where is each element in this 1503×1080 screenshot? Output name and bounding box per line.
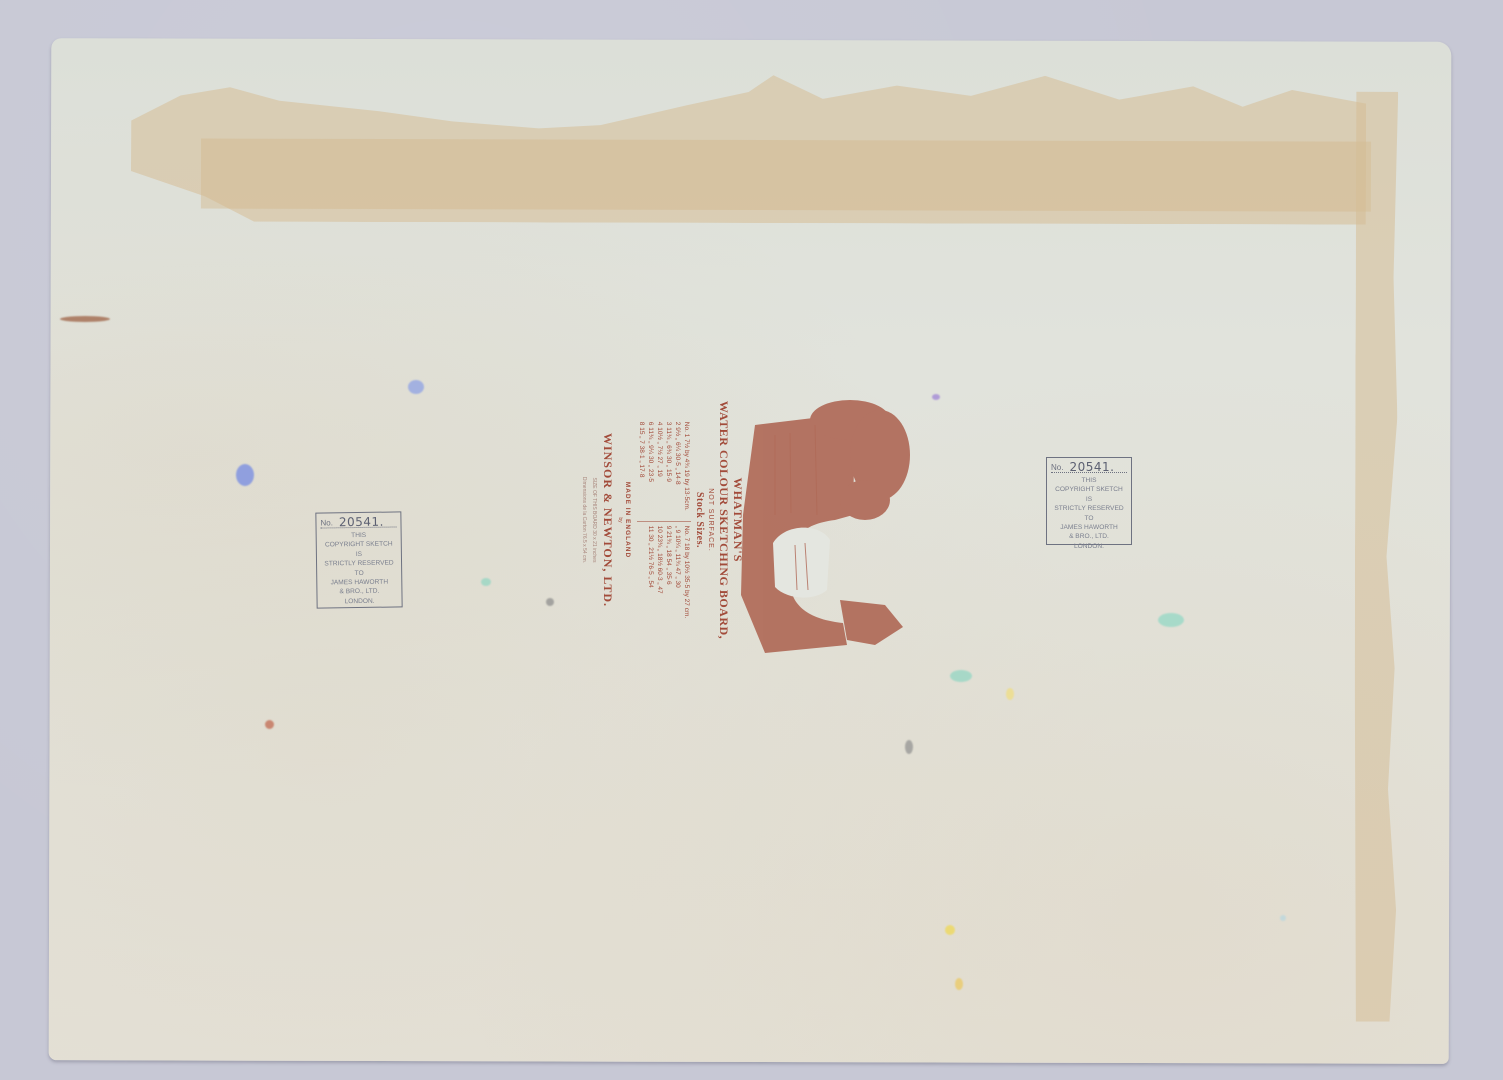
stamp-line: STRICTLY RESERVED [1049, 504, 1129, 513]
stamp-number-row: No. 20541. [1051, 458, 1127, 473]
pigment-speck [1006, 688, 1014, 700]
stamp-no-label: No. [320, 518, 333, 528]
pigment-speck [481, 578, 491, 586]
stamp-line: COPYRIGHT SKETCH [1049, 485, 1129, 494]
size-row: 11 30 „ 21½ 76·5 „ 54 [646, 526, 655, 619]
sizes-column-right: No. 7 18 by 10½ 35·5 by 27 cm. „ 9 10¼ „… [637, 521, 691, 623]
maker-label-text: WHATMAN'S WATER COLOUR SKETCHING BOARD, … [535, 370, 745, 670]
pigment-speck [265, 720, 274, 729]
size-row: 2 9½ „ 6¼ 30·5 „ 14·8 [673, 422, 682, 511]
copyright-stamp-right: No. 20541. THIS COPYRIGHT SKETCH IS STRI… [1046, 457, 1132, 545]
stamp-line: IS [1049, 495, 1129, 504]
stamp-line: COPYRIGHT SKETCH [319, 540, 399, 551]
stamp-line: LONDON. [1049, 542, 1129, 551]
pigment-speck [1280, 915, 1286, 921]
label-by: by [617, 370, 623, 670]
stamp-line: THIS [1049, 476, 1129, 485]
size-row: 4 10½ „ 7½ 27 „ 19 [655, 422, 664, 511]
stamp-line: STRICTLY RESERVED [319, 559, 399, 570]
pigment-speck [950, 670, 972, 682]
pigment-speck [546, 598, 554, 606]
sizes-column-left: No. 1 7½ by 4¾ 19 by 13·5cm. 2 9½ „ 6¼ 3… [637, 418, 691, 515]
stamp-line: TO [1049, 514, 1129, 523]
stamp-number: 20541. [1069, 463, 1114, 472]
size-row: No. 7 18 by 10½ 35·5 by 27 cm. [682, 526, 691, 619]
bridge-tree-engraving-icon [735, 395, 910, 670]
label-made-in: MADE IN ENGLAND [624, 370, 631, 670]
stamp-line: JAMES HAWORTH [319, 577, 399, 588]
size-row: 6 11¾ „ 9¼ 30 „ 23·5 [646, 422, 655, 511]
sizes-table: No. 1 7½ by 4¾ 19 by 13·5cm. 2 9½ „ 6¼ 3… [637, 370, 691, 670]
label-fine-print-1: SIZE OF THIS BOARD 30 x 21 inches [590, 370, 597, 670]
stamp-line: JAMES HAWORTH [1049, 523, 1129, 532]
pigment-speck [955, 978, 963, 990]
masking-tape-top-band [201, 139, 1371, 212]
copyright-stamp-left: No. 20541. THIS COPYRIGHT SKETCH IS STRI… [315, 511, 402, 608]
size-row: „ 9 10¼ „ 11¾ 47 „ 30 [673, 526, 682, 619]
size-row: No. 1 7½ by 4¾ 19 by 13·5cm. [682, 422, 691, 511]
pigment-speck [60, 316, 110, 322]
stamp-line: LONDON. [320, 596, 400, 607]
size-row: 9 21¾ „ 18 54 „ 35·6 [664, 526, 673, 619]
maker-label: WHATMAN'S WATER COLOUR SKETCHING BOARD, … [535, 370, 745, 670]
masking-tape-right [1354, 92, 1398, 1022]
pigment-speck [408, 380, 424, 394]
size-row: 10 23¾ „ 18½ 60·3 „ 47 [655, 526, 664, 619]
pigment-speck [932, 394, 940, 400]
pigment-speck [905, 740, 913, 754]
label-title: WATER COLOUR SKETCHING BOARD, [717, 370, 731, 670]
size-row: 3 11¾ „ 6¾ 30 „ 15·9 [664, 422, 673, 511]
pigment-speck [1158, 613, 1184, 627]
label-maker: WINSOR & NEWTON, LTD. [600, 370, 615, 670]
pigment-speck [236, 464, 254, 486]
label-fine-print-2: Dimensions de la Carton 76.5 x 54 cm. [580, 370, 587, 670]
size-row: 8 15 „ 7 38·1 „ 17·8 [637, 422, 646, 511]
stamp-line: & BRO., LTD. [1049, 532, 1129, 541]
stamp-number: 20541. [339, 517, 384, 527]
label-sizes-heading: Stock Sizes. [694, 370, 705, 670]
pigment-speck [945, 925, 955, 935]
stamp-number-row: No. 20541. [320, 512, 396, 528]
label-surface: NOT SURFACE. [707, 370, 714, 670]
stamp-no-label: No. [1051, 463, 1063, 472]
